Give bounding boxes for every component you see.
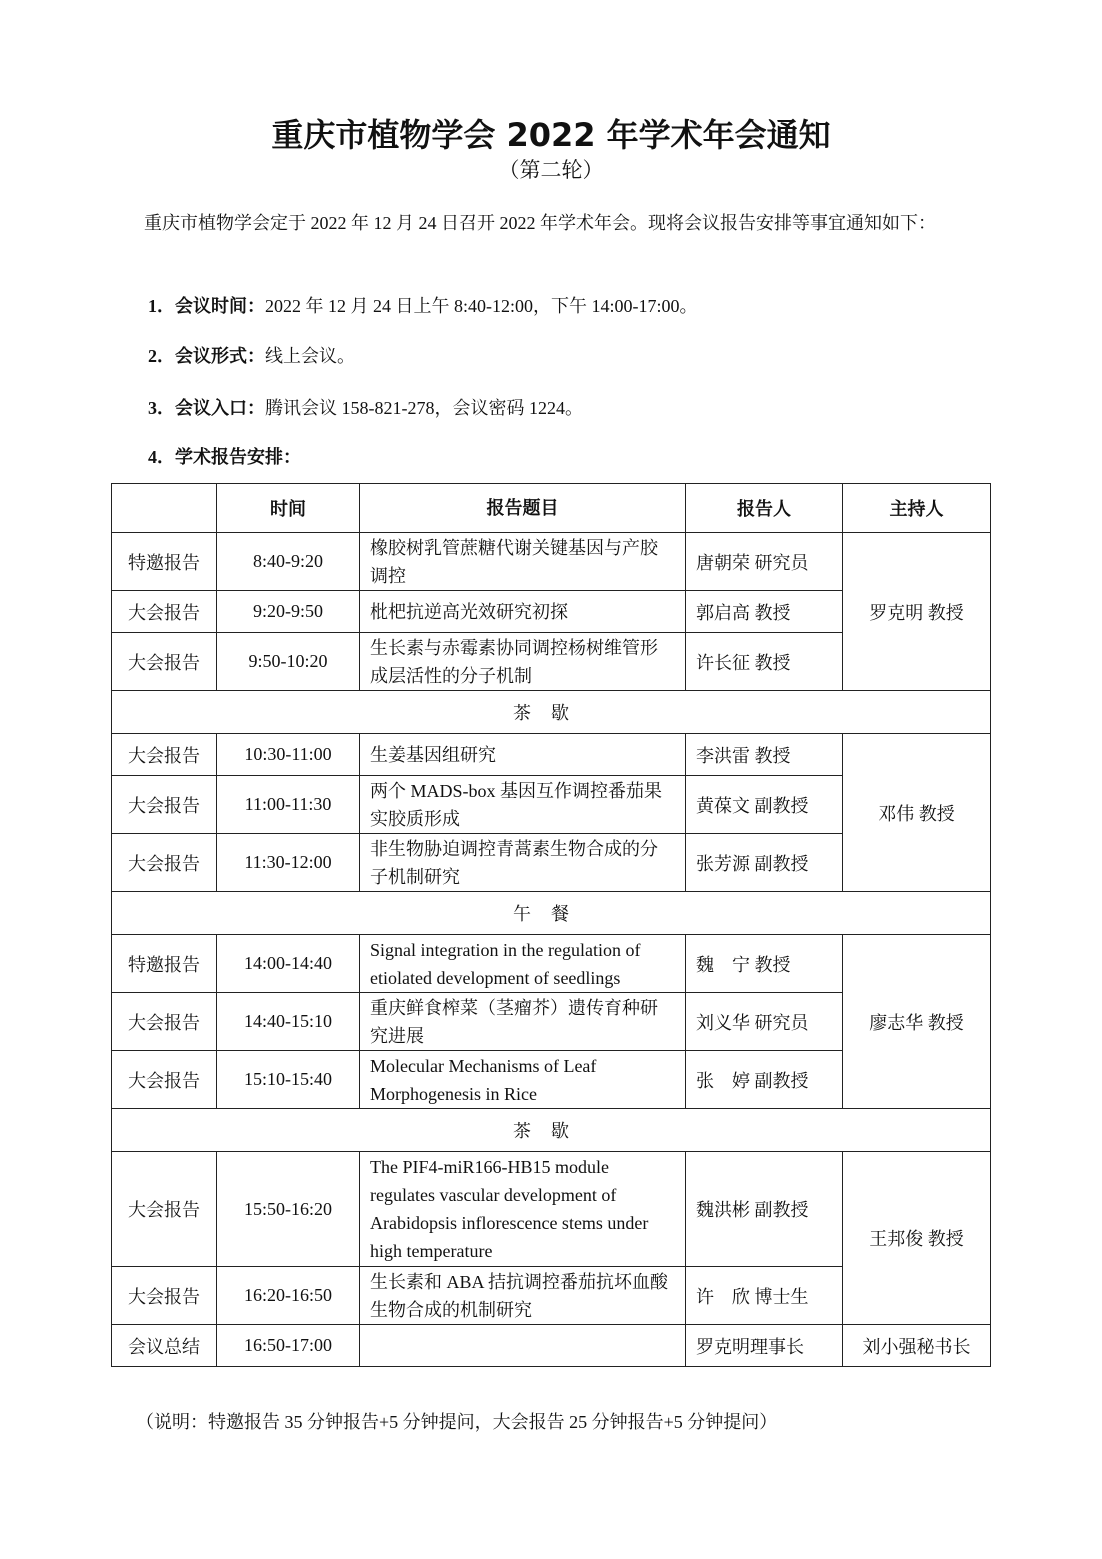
item-key: 会议入口： [175,398,265,418]
report-type: 大会报告 [112,834,217,892]
report-type: 大会报告 [112,1267,217,1325]
session-host: 罗克明 教授 [843,533,991,691]
table-row: 大会报告 15:50-16:20 The PIF4-miR166-HB15 mo… [112,1152,991,1267]
report-title: 非生物胁迫调控青蒿素生物合成的分子机制研究 [360,834,686,892]
item-report-schedule: 4．学术报告安排： [148,443,301,469]
report-title: Molecular Mechanisms of Leaf Morphogenes… [360,1051,686,1109]
report-speaker: 张芳源 副教授 [686,834,843,892]
report-time: 11:00-11:30 [217,776,360,834]
report-type: 大会报告 [112,1051,217,1109]
report-time: 10:30-11:00 [217,734,360,776]
report-time: 16:20-16:50 [217,1267,360,1325]
report-title: 两个 MADS-box 基因互作调控番茄果实胶质形成 [360,776,686,834]
report-title: 重庆鲜食榨菜（茎瘤芥）遗传育种研究进展 [360,993,686,1051]
report-time: 11:30-12:00 [217,834,360,892]
item-value: 2022 年 12 月 24 日上午 8:40-12:00，下午 14:00-1… [265,296,698,316]
report-title: Signal integration in the regulation of … [360,935,686,993]
item-number: 3． [148,398,175,418]
footnote: （说明：特邀报告 35 分钟报告+5 分钟提问，大会报告 25 分钟报告+5 分… [136,1408,777,1434]
report-title: 枇杷抗逆高光效研究初探 [360,591,686,633]
report-time: 14:40-15:10 [217,993,360,1051]
report-type: 大会报告 [112,1152,217,1267]
item-value: 线上会议。 [265,346,355,366]
item-key: 会议形式： [175,346,265,366]
report-time: 15:10-15:40 [217,1051,360,1109]
break-row: 午餐 [112,892,991,935]
report-speaker: 李洪雷 教授 [686,734,843,776]
report-time: 15:50-16:20 [217,1152,360,1267]
break-row: 茶歇 [112,691,991,734]
item-value: 腾讯会议 158-821-278，会议密码 1224。 [265,398,583,418]
report-title: 橡胶树乳管蔗糖代谢关键基因与产胶调控 [360,533,686,591]
item-key: 会议时间： [175,296,265,316]
item-meeting-format: 2．会议形式：线上会议。 [148,342,355,368]
schedule-table: 时间 报告题目 报告人 主持人 特邀报告 8:40-9:20 橡胶树乳管蔗糖代谢… [111,483,991,1367]
report-type: 大会报告 [112,633,217,691]
report-type: 特邀报告 [112,935,217,993]
document-title: 重庆市植物学会 2022 年学术年会通知 [0,110,1102,156]
report-title: 生姜基因组研究 [360,734,686,776]
report-time: 9:20-9:50 [217,591,360,633]
item-number: 4． [148,447,175,467]
report-title: 生长素与赤霉素协同调控杨树维管形成层活性的分子机制 [360,633,686,691]
report-speaker: 黄葆文 副教授 [686,776,843,834]
report-speaker: 罗克明理事长 [686,1325,843,1367]
item-meeting-time: 1．会议时间：2022 年 12 月 24 日上午 8:40-12:00，下午 … [148,292,698,318]
table-row: 特邀报告 8:40-9:20 橡胶树乳管蔗糖代谢关键基因与产胶调控 唐朝荣 研究… [112,533,991,591]
report-type: 大会报告 [112,993,217,1051]
break-row: 茶歇 [112,1109,991,1152]
break-label: 茶歇 [112,691,991,734]
report-title [360,1325,686,1367]
session-host: 邓伟 教授 [843,734,991,892]
header-type [112,484,217,533]
report-speaker: 唐朝荣 研究员 [686,533,843,591]
report-speaker: 许长征 教授 [686,633,843,691]
table-row-summary: 会议总结 16:50-17:00 罗克明理事长 刘小强秘书长 [112,1325,991,1367]
report-speaker: 魏洪彬 副教授 [686,1152,843,1267]
table-row: 特邀报告 14:00-14:40 Signal integration in t… [112,935,991,993]
report-time: 8:40-9:20 [217,533,360,591]
report-type: 大会报告 [112,776,217,834]
document-subtitle: （第二轮） [0,154,1102,184]
report-time: 14:00-14:40 [217,935,360,993]
report-title: The PIF4-miR166-HB15 module regulates va… [360,1152,686,1267]
header-speaker: 报告人 [686,484,843,533]
break-label: 茶歇 [112,1109,991,1152]
item-number: 1． [148,296,175,316]
report-speaker: 郭启高 教授 [686,591,843,633]
report-time: 16:50-17:00 [217,1325,360,1367]
item-meeting-entry: 3．会议入口：腾讯会议 158-821-278，会议密码 1224。 [148,394,583,420]
session-host: 刘小强秘书长 [843,1325,991,1367]
session-host: 王邦俊 教授 [843,1152,991,1325]
header-time: 时间 [217,484,360,533]
report-type: 大会报告 [112,591,217,633]
report-speaker: 刘义华 研究员 [686,993,843,1051]
table-header-row: 时间 报告题目 报告人 主持人 [112,484,991,533]
break-label: 午餐 [112,892,991,935]
report-title: 生长素和 ABA 拮抗调控番茄抗坏血酸生物合成的机制研究 [360,1267,686,1325]
report-type: 会议总结 [112,1325,217,1367]
report-type: 大会报告 [112,734,217,776]
table-row: 大会报告 10:30-11:00 生姜基因组研究 李洪雷 教授 邓伟 教授 [112,734,991,776]
intro-paragraph: 重庆市植物学会定于 2022 年 12 月 24 日召开 2022 年学术年会。… [108,205,998,241]
report-speaker: 许 欣 博士生 [686,1267,843,1325]
report-type: 特邀报告 [112,533,217,591]
report-speaker: 魏 宁 教授 [686,935,843,993]
session-host: 廖志华 教授 [843,935,991,1109]
report-speaker: 张 婷 副教授 [686,1051,843,1109]
item-key: 学术报告安排： [175,447,301,467]
header-host: 主持人 [843,484,991,533]
item-number: 2． [148,346,175,366]
report-time: 9:50-10:20 [217,633,360,691]
header-title: 报告题目 [360,484,686,533]
